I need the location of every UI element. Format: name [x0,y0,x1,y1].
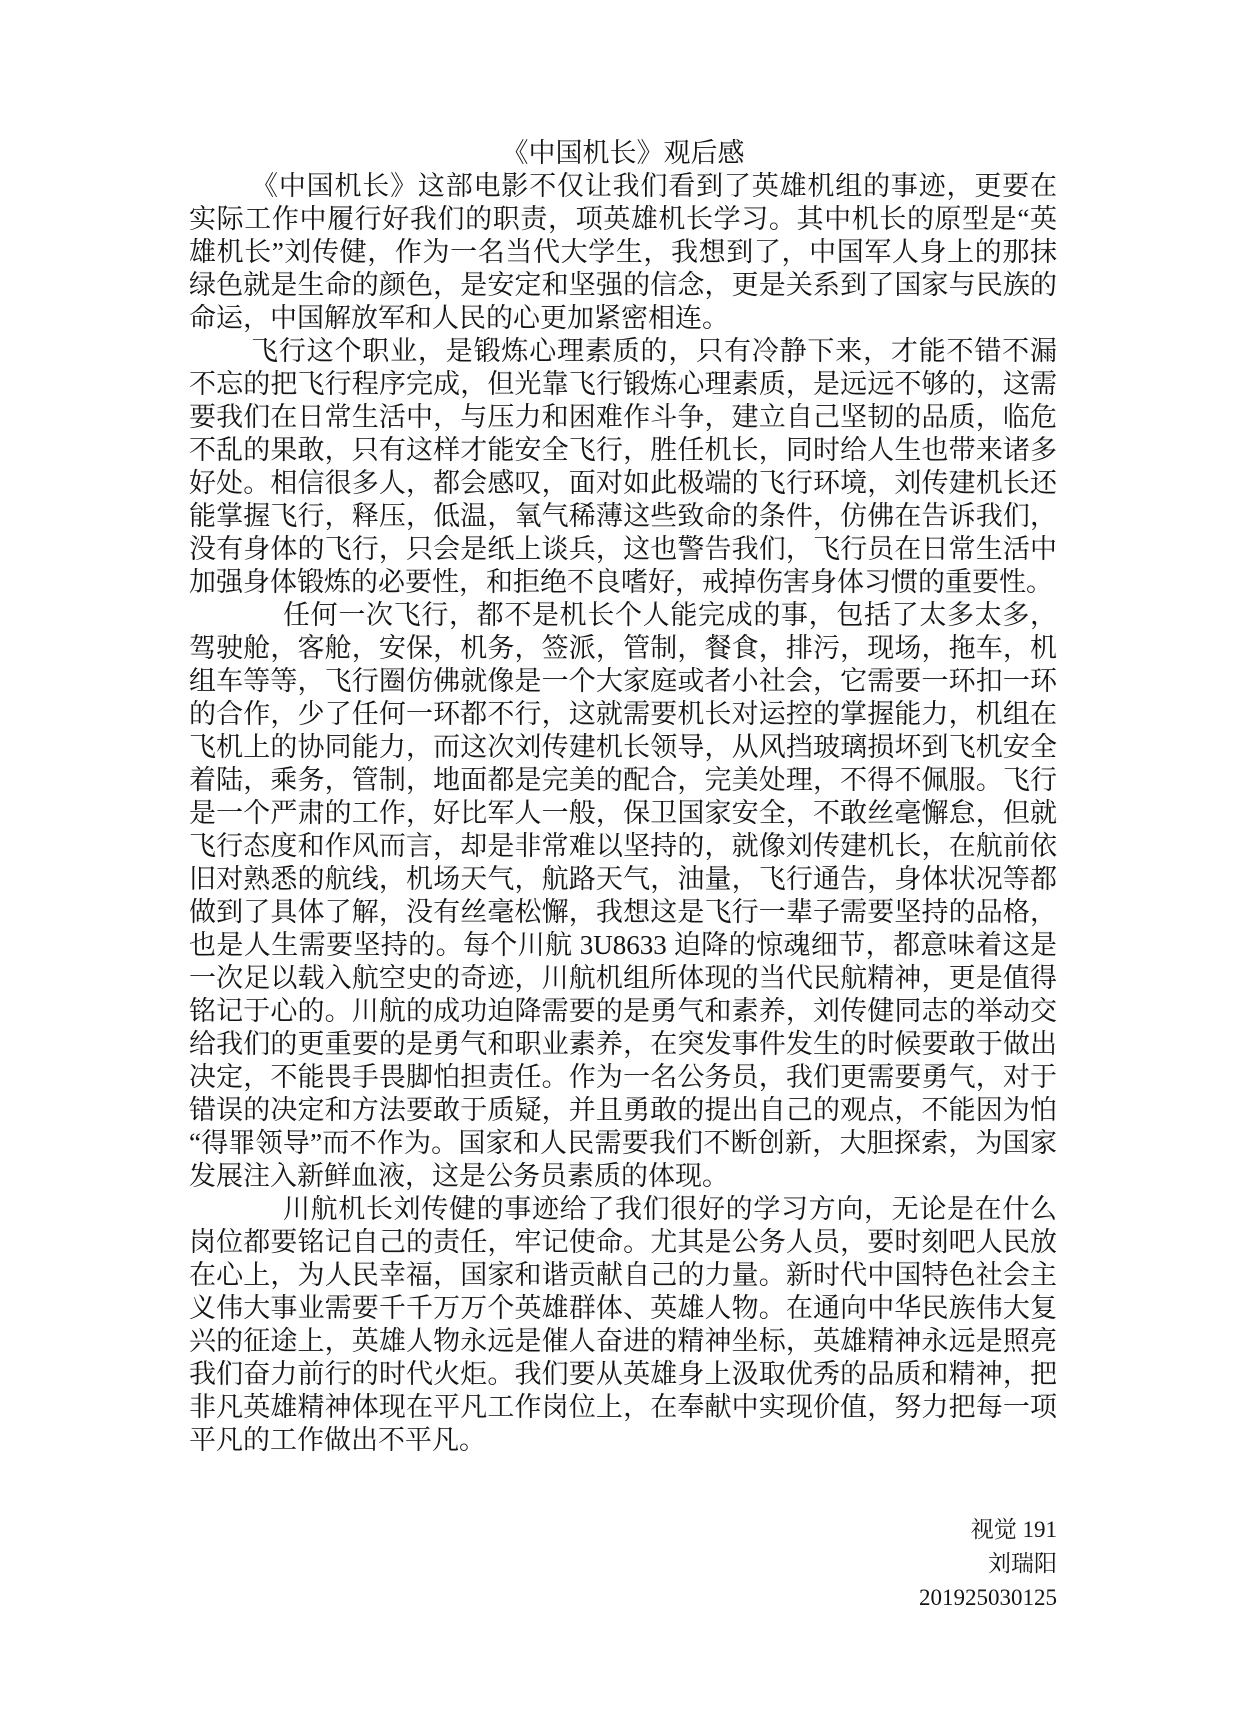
paragraph-teamwork: 任何一次飞行，都不是机长个人能完成的事，包括了太多太多，驾驶舱，客舱，安保，机务… [189,599,1057,1193]
signature-student-id: 201925030125 [189,1581,1057,1615]
paragraph-intro: 《中国机长》这部电影不仅让我们看到了英雄机组的事迹，更要在实际工作中履行好我们的… [189,170,1057,335]
paragraph-conclusion: 川航机长刘传健的事迹给了我们很好的学习方向，无论是在什么岗位都要铭记自己的责任，… [189,1193,1057,1457]
signature-block: 视觉 191 刘瑞阳 201925030125 [189,1513,1057,1615]
signature-name: 刘瑞阳 [189,1547,1057,1581]
signature-class: 视觉 191 [189,1513,1057,1547]
paragraph-flying-profession: 飞行这个职业，是锻炼心理素质的，只有冷静下来，才能不错不漏不忘的把飞行程序完成，… [189,335,1057,599]
document-page: 《中国机长》观后感 《中国机长》这部电影不仅让我们看到了英雄机组的事迹，更要在实… [0,0,1242,1722]
doc-title: 《中国机长》观后感 [189,137,1057,170]
